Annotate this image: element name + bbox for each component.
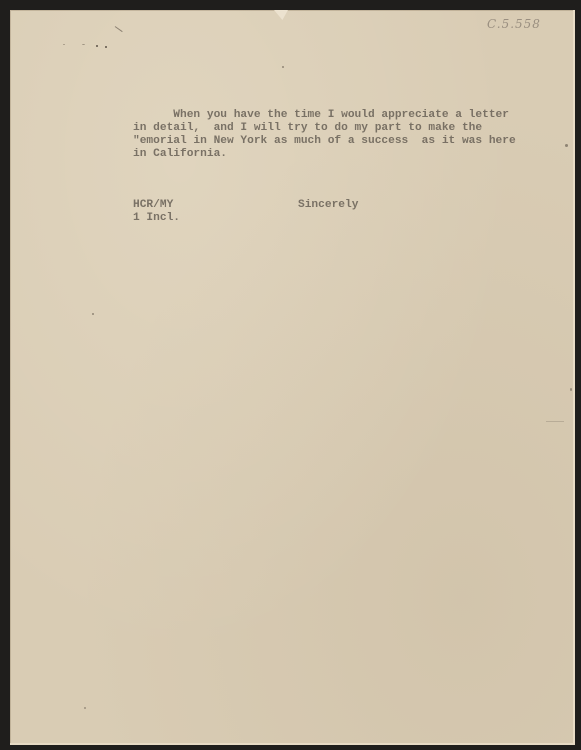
closing-salutation: Sincerely	[298, 199, 358, 212]
paper-speck	[92, 313, 94, 315]
body-line: "emorial in New York as much of a succes…	[133, 135, 516, 148]
reference-block: HCR/MY1 Incl.	[133, 199, 180, 225]
archive-number: C.5.558	[487, 17, 541, 31]
reference-initials: HCR/MY	[133, 199, 180, 212]
body-line: in detail, and I will try to do my part …	[133, 122, 516, 135]
letter-body: When you have the time I would appreciat…	[133, 109, 516, 161]
paper-edge-bottom	[10, 743, 575, 745]
paper-speck	[570, 388, 572, 391]
body-line: When you have the time I would appreciat…	[133, 109, 516, 122]
paper-speck	[282, 66, 284, 68]
enclosure-note: 1 Incl.	[133, 212, 180, 225]
paper-speck	[96, 45, 98, 47]
paper-edge-right	[573, 10, 575, 745]
paper-speck	[82, 44, 85, 45]
paper-scratch	[546, 421, 564, 422]
body-line: in California.	[133, 148, 516, 161]
paper-speck	[105, 46, 107, 48]
paper-speck	[565, 144, 568, 147]
paper-speck	[84, 707, 86, 709]
paper-speck	[63, 44, 65, 45]
